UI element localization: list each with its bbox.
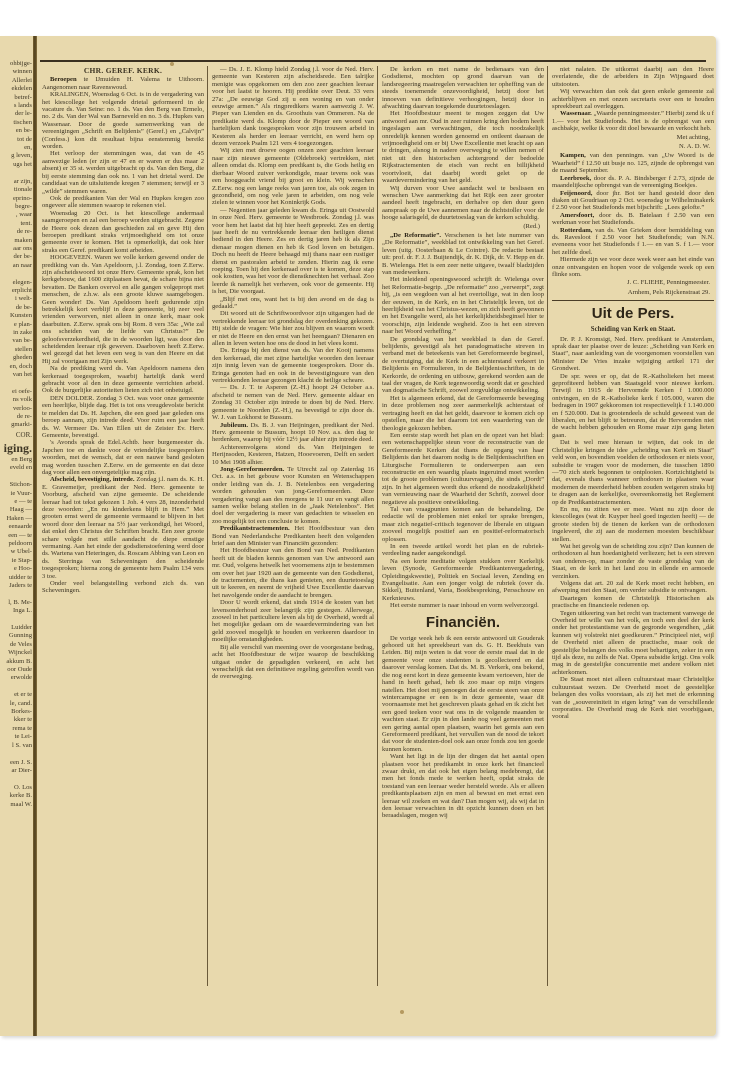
article-paragraph: — Ds. J. T. te Asperen (Z.-H.) hoopt 24 …	[212, 384, 374, 421]
paragraph-text: DEN DOLDER. Zondag 3 Oct. was voor onze …	[42, 395, 204, 439]
left-strip-line: Kunsten	[0, 312, 32, 320]
paper-speck	[170, 62, 174, 66]
signature: N. A. D. W.	[552, 143, 710, 150]
article-paragraph: Leerbroek, door ds. P. A. Bindsberger f …	[552, 175, 714, 190]
left-strip-heading: iging.	[0, 440, 32, 456]
signature: (Red.)	[382, 223, 540, 230]
paragraph-text: Onder veel belangstelling verbond zich d…	[42, 580, 204, 594]
article-paragraph: Jubileum. Ds. B. J. van Heijningen, pred…	[212, 422, 374, 444]
left-strip-line: an naar	[0, 262, 32, 270]
article-paragraph: Beroepen te IJmuiden H. Valema te Uithoo…	[42, 76, 204, 91]
paragraph-text: Tal van vraagpunten komen aan de behande…	[382, 506, 544, 543]
left-strip-text-top: ohbijge-winnenAllerleiekdelenbetref-s la…	[0, 60, 32, 430]
left-strip-line: der le-	[0, 110, 32, 118]
article-paragraph: KRALINGEN, Woensdag 6 Oct. is in de verg…	[42, 91, 204, 150]
paragraph-text: De Staat moet niet alleen cultuurstaat m…	[552, 676, 714, 720]
left-strip-line: en Berg	[0, 456, 32, 464]
left-strip-line: ns volk	[0, 396, 32, 404]
left-strip-line	[0, 379, 32, 387]
article-paragraph: Jong-Gereformeerden. Te Utrecht zal op Z…	[212, 466, 374, 525]
paragraph-lead: Feijenoord,	[560, 190, 592, 197]
article-paragraph: Feijenoord, door jhr. Bot ter hand geste…	[552, 190, 714, 212]
left-strip-line: ugs het	[0, 161, 32, 169]
article-paragraph: De kerken en met name de bedienaars van …	[382, 66, 544, 110]
article-paragraph: Na de prediking werd ds. Van Apeldoorn n…	[42, 365, 204, 395]
paragraph-text: Verschenen is het lste nummer van „De Re…	[382, 232, 544, 276]
column-divider	[547, 66, 548, 986]
article-paragraph: Dat is wel mee hieraan te wijten, dat oo…	[552, 439, 714, 506]
left-strip-line: de Veles	[0, 641, 32, 649]
left-strip-line: g leven,	[0, 152, 32, 160]
article-paragraph: Het is algemeen erkend, dat de Gereforme…	[382, 395, 544, 432]
article-paragraph: Een eerste stap wordt het plan en de opz…	[382, 432, 544, 506]
signature: Met achting,	[552, 134, 710, 141]
paragraph-lead: Jong-Gereformeerden.	[220, 466, 284, 473]
paragraph-text: HOOGEVEEN. Waren we volle kerken gewend …	[42, 254, 204, 365]
left-strip-line	[0, 169, 32, 177]
article-paragraph: Woensdag 20 Oct. is het kiescollege ande…	[42, 210, 204, 254]
paragraph-text: — Negentien jaar geleden kwam ds. Eringa…	[212, 207, 374, 295]
left-strip-line: van het	[0, 371, 32, 379]
column-3: De kerken en met name de bedienaars van …	[382, 66, 544, 1001]
left-strip-line: e — te	[0, 498, 32, 506]
left-strip-line: verloo-	[0, 405, 32, 413]
paragraph-text: Achtereenvolgens stond ds. Van Heijninge…	[212, 444, 374, 466]
article-paragraph: 's Avonds sprak de Edel.Achtb. heer burg…	[42, 439, 204, 476]
left-strip-line	[0, 750, 32, 758]
left-strip-line: kker te	[0, 716, 32, 724]
left-strip-line	[0, 616, 32, 624]
paragraph-text: Hiermede zijn we voor deze week weer aan…	[552, 256, 714, 278]
article-paragraph: Kampen, van den penningm. van „Uw Woord …	[552, 152, 714, 174]
left-strip-line: et er te	[0, 691, 32, 699]
left-strip-line: eveld en	[0, 464, 32, 472]
left-strip-line: Jaders te	[0, 582, 32, 590]
left-strip-line: i welt-	[0, 295, 32, 303]
left-strip-line: oor Oude	[0, 666, 32, 674]
left-strip-line: Inga L.	[0, 607, 32, 615]
left-strip-line: Borkes-	[0, 708, 32, 716]
article-paragraph: En nu, nu zitten we er mee. Want nu zijn…	[552, 506, 714, 543]
article-paragraph: Ds. Eringa bij den dienst van ds. Van de…	[212, 347, 374, 384]
paragraph-lead: Afscheid, bevestiging, intrede.	[50, 476, 135, 483]
article-paragraph: „De Reformatie”. Verschenen is het lste …	[382, 232, 544, 276]
article-paragraph: Het Hoofdbestuur meent te mogen zeggen d…	[382, 110, 544, 184]
paragraph-text: Want het ligt in de lijn der dingen dat …	[382, 753, 544, 819]
article-paragraph: De vorige week heb ik een eerste antwoor…	[382, 635, 544, 754]
article-paragraph: Tal van vraagpunten komen aan de behande…	[382, 506, 544, 543]
paragraph-text: Het is algemeen erkend, dat de Gereforme…	[382, 395, 544, 432]
left-strip-line: ekdelen	[0, 85, 32, 93]
left-strip-line: eprino-	[0, 195, 32, 203]
left-strip-line: Wijnckel	[0, 649, 32, 657]
article-paragraph: De Staat moet niet alleen cultuurstaat m…	[552, 676, 714, 720]
paragraph-text: En nu, nu zitten we er mee. Want nu zijn…	[552, 506, 714, 543]
paragraph-text: KRALINGEN, Woensdag 6 Oct. is in de verg…	[42, 91, 204, 150]
header-rule	[40, 60, 706, 62]
article-paragraph: Dit woord uit de Schriftwoordvoor zijn u…	[212, 310, 374, 347]
article-paragraph: Afscheid, bevestiging, intrede. Zondag j…	[42, 476, 204, 580]
left-strip-line: elegen-	[0, 279, 32, 287]
article-paragraph: De grondslag van het weekblad is dan de …	[382, 336, 544, 395]
left-strip-line: maal W.	[0, 801, 32, 809]
paragraph-text: Volgens dat art. 20 zal de Kerk moet rec…	[552, 580, 714, 594]
column-2: — Ds. J. E. Klomp hield Zondag j.l. voor…	[212, 66, 374, 1001]
left-strip-text-bottom: en Bergeveld en Stichon-ie Vuur-e — teHa…	[0, 456, 32, 809]
paragraph-text: Te Utrecht zal op Zaterdag 16 Oct. a.s. …	[212, 466, 374, 525]
article-paragraph: Ook de predikanten Van der Wal en Hupkes…	[42, 195, 204, 210]
article-paragraph: Wij durven voor Uwe aandacht wel te besl…	[382, 185, 544, 222]
left-strip-line: in zake	[0, 329, 32, 337]
left-strip-line: Haken —	[0, 515, 32, 523]
paper-speck	[400, 1010, 404, 1014]
left-strip-line: ie Stap-	[0, 557, 32, 565]
column-1: CHR. GEREF. KERK.Beroepen te IJmuiden H.…	[42, 66, 204, 1001]
article-paragraph: Volgens dat art. 20 zal de Kerk moet rec…	[552, 580, 714, 595]
article-paragraph: DEN DOLDER. Zondag 3 Oct. was voor onze …	[42, 395, 204, 439]
left-strip-line: l S. van	[0, 742, 32, 750]
column-4: niet nalaten. De uitkomst daarbij aan de…	[552, 66, 714, 1001]
column-divider	[377, 66, 378, 986]
left-strip-line: tischen	[0, 119, 32, 127]
paragraph-text: In een tweede artikel wordt het plan en …	[382, 543, 544, 557]
article-paragraph: Het verloop der stemmingen was, dat van …	[42, 150, 204, 194]
paragraph-lead: Amersfoort,	[560, 212, 594, 219]
section-title: Financiën.	[382, 614, 544, 632]
paragraph-lead: Beroepen	[50, 76, 77, 83]
left-strip-line: w Ubel-	[0, 548, 32, 556]
left-strip-line: rema te	[0, 725, 32, 733]
paragraph-text: Ook de predikanten Van der Wal en Hupkes…	[42, 195, 204, 209]
left-strip-line: een — te	[0, 532, 32, 540]
left-strip-line: , waar	[0, 211, 32, 219]
section-title: Uit de Pers.	[552, 305, 714, 323]
left-strip-line: ohbijge-	[0, 60, 32, 68]
left-strip-line: begre-	[0, 203, 32, 211]
left-strip-line: ei oefe-	[0, 388, 32, 396]
article-paragraph: Het Hoofdbestuur van den Bond van Ned. P…	[212, 547, 374, 599]
left-strip-line	[0, 683, 32, 691]
article-paragraph: De spr. wees er op, dat de R.-Katholieke…	[552, 373, 714, 440]
left-strip-line: Allerlei	[0, 77, 32, 85]
article-paragraph: Rotterdam, van ds. Van Grieken door bemi…	[552, 227, 714, 257]
left-strip-line: der be-	[0, 253, 32, 261]
section-divider	[552, 300, 714, 301]
left-strip-line: de be-	[0, 304, 32, 312]
paragraph-text: Dit woord uit de Schriftwoordvoor zijn u…	[212, 310, 374, 347]
paragraph-text: Het eerste nummer is naar inhoud en vorm…	[390, 602, 539, 609]
column-divider	[207, 66, 208, 986]
paragraph-lead: Kampen,	[560, 152, 586, 159]
paragraph-text: — Ds. J. T. te Asperen (Z.-H.) hoopt 24 …	[212, 384, 374, 421]
paragraph-text: Wij zien met droeve oogen onzen zeer gea…	[212, 147, 374, 206]
paragraph-text: Bij alle verschil van meening over de vo…	[212, 644, 374, 681]
left-strip-line: winnen	[0, 68, 32, 76]
left-strip-line: betref-	[0, 94, 32, 102]
left-strip-line: maken	[0, 237, 32, 245]
paragraph-text: Ds. Eringa bij den dienst van ds. Van de…	[212, 347, 374, 384]
left-strip-line: ie Vuur-	[0, 490, 32, 498]
left-strip-line: ar zijn,	[0, 178, 32, 186]
paragraph-text: Tegen uitkeering van het recht van tract…	[552, 610, 714, 676]
paragraph-lead: Jubileum.	[220, 422, 248, 429]
left-strip-line	[0, 590, 32, 598]
article-paragraph: Daartegen komen de Christelijk Historisc…	[552, 595, 714, 610]
article-paragraph: Want het ligt in de lijn der dingen dat …	[382, 753, 544, 820]
article-paragraph: Amersfoort, door ds. B. Batelaan f 2.50 …	[552, 212, 714, 227]
paragraph-lead: Leerbroek,	[560, 175, 591, 182]
left-strip-line: gmarki-	[0, 421, 32, 429]
paragraph-text: 's Avonds sprak de Edel.Achtb. heer burg…	[42, 439, 204, 476]
article-paragraph: Onder veel belangstelling verbond zich d…	[42, 580, 204, 595]
paragraph-lead: Predikantstractementen.	[220, 525, 290, 532]
left-page-strip: ohbijge-winnenAllerleiekdelenbetref-s la…	[0, 60, 32, 1000]
paragraph-text: Woensdag 20 Oct. is het kiescollege ande…	[42, 210, 204, 254]
article-paragraph: Predikantstractementen. Het Hoofdbestuur…	[212, 525, 374, 547]
paragraph-text: De kerken en met name de bedienaars van …	[382, 66, 544, 110]
left-strip-line: e Hoo-	[0, 565, 32, 573]
left-strip-line: ar Dier-	[0, 767, 32, 775]
article-paragraph: Dr. P. J. Kromsigt, Ned. Herv. predikant…	[552, 336, 714, 373]
article-paragraph: niet nalaten. De uitkomst daarbij aan de…	[552, 66, 714, 88]
left-strip-line: s lands	[0, 102, 32, 110]
left-strip-line: uidder te	[0, 574, 32, 582]
left-strip-line: de re-	[0, 228, 32, 236]
left-strip-line: Stichon-	[0, 481, 32, 489]
article-paragraph: Het eerste nummer is naar inhoud en vorm…	[382, 602, 544, 609]
article-paragraph: Wat het gevolg van de scheiding zou zijn…	[552, 543, 714, 580]
signature: J. C. FLIEHE, Penningmeester.	[552, 279, 710, 286]
article-paragraph: Het inleidend openingswoord schrijft dr.…	[382, 276, 544, 335]
left-strip-line: en,	[0, 144, 32, 152]
left-strip-line: gheden	[0, 354, 32, 362]
left-strip-line: erplicht	[0, 287, 32, 295]
left-strip-line	[0, 270, 32, 278]
paragraph-text: Daartegen komen de Christelijk Historisc…	[552, 595, 714, 609]
left-strip-line: en, doch	[0, 363, 32, 371]
left-strip-line: Haag —	[0, 506, 32, 514]
left-strip-line: Gunning	[0, 632, 32, 640]
article-paragraph: Wij zien met droeve oogen onzen zeer gea…	[212, 147, 374, 206]
section-subtitle: Scheiding van Kerk en Staat.	[552, 326, 714, 333]
paragraph-text: Wij durven voor Uwe aandacht wel te besl…	[382, 185, 544, 222]
paragraph-text: Het Hoofdbestuur van den Bond van Ned. P…	[212, 547, 374, 598]
left-strip-line: akkum B.	[0, 658, 32, 666]
article-paragraph: HOOGEVEEN. Waren we volle kerken gewend …	[42, 254, 204, 365]
left-strip-line: te Lei-	[0, 733, 32, 741]
left-strip-line: peldoorn	[0, 540, 32, 548]
left-strip-line: van be-	[0, 337, 32, 345]
paragraph-text: — Ds. J. E. Klomp hield Zondag j.l. voor…	[212, 66, 374, 147]
left-strip-line: eenaarde	[0, 523, 32, 531]
paragraph-lead: Rotterdam,	[560, 227, 592, 234]
left-strip-line: l, B. Me-	[0, 599, 32, 607]
paragraph-text: niet nalaten. De uitkomst daarbij aan de…	[552, 66, 714, 88]
paragraph-lead: „De Reformatie”.	[390, 232, 441, 239]
article-paragraph: Wassenaar. „Waarde penningmeester.” Hier…	[552, 110, 714, 132]
paragraph-text: Het verloop der stemmingen was, dat van …	[42, 150, 204, 194]
left-strip-line: tot de	[0, 136, 32, 144]
signature: Arnhem, Pels Rijckenstraat 29.	[552, 289, 710, 296]
article-paragraph: Wij verwachten dan ook dat geen enkele g…	[552, 88, 714, 110]
paragraph-text: Zondag j.l. nam ds. K. H. E. Gravemeijer…	[42, 476, 204, 579]
paragraph-lead: Wassenaar.	[560, 110, 592, 117]
article-paragraph: Na een korte meditatie volgen stukken ov…	[382, 558, 544, 602]
article-paragraph: „Blijf met ons, want het is bij den avon…	[212, 296, 374, 311]
article-paragraph: Bij alle verschil van meening over de vo…	[212, 644, 374, 681]
article-paragraph: Hiermede zijn we voor deze week weer aan…	[552, 256, 714, 278]
left-strip-line: e plan-	[0, 321, 32, 329]
left-strip-line	[0, 775, 32, 783]
paragraph-text: Na een korte meditatie volgen stukken ov…	[382, 558, 544, 602]
left-strip-line: stellen	[0, 346, 32, 354]
paragraph-text: Het Hoofdbestuur meent te mogen zeggen d…	[382, 110, 544, 184]
article-paragraph: Tegen uitkeering van het recht van tract…	[552, 610, 714, 677]
left-strip-heading-cor: COR.	[0, 430, 32, 440]
paragraph-text: Dat is wel mee hieraan te wijten, dat oo…	[552, 439, 714, 505]
left-strip-line: O. Los	[0, 784, 32, 792]
article-paragraph: In een tweede artikel wordt het plan en …	[382, 543, 544, 558]
left-strip-line: de re-	[0, 413, 32, 421]
left-strip-line: kerke B.	[0, 792, 32, 800]
paragraph-text: De grondslag van het weekblad is dan de …	[382, 336, 544, 395]
paragraph-text: De vorige week heb ik een eerste antwoor…	[382, 635, 544, 753]
paragraph-text: Na de prediking werd ds. Van Apeldoorn n…	[42, 365, 204, 394]
paragraph-text: Het inleidend openingswoord schrijft dr.…	[382, 276, 544, 335]
article-paragraph: — Ds. J. E. Klomp hield Zondag j.l. voor…	[212, 66, 374, 147]
left-strip-line: tionale	[0, 186, 32, 194]
left-strip-line: le, cand.	[0, 700, 32, 708]
section-heading: CHR. GEREF. KERK.	[42, 67, 204, 74]
left-strip-line: aar ons	[0, 245, 32, 253]
left-strip-line: een J. S.	[0, 759, 32, 767]
left-strip-line: Luidder	[0, 624, 32, 632]
article-paragraph: Achtereenvolgens stond ds. Van Heijninge…	[212, 444, 374, 466]
paragraph-text: De spr. wees er op, dat de R.-Katholieke…	[552, 373, 714, 439]
article-paragraph: — Negentien jaar geleden kwam ds. Eringa…	[212, 207, 374, 296]
paragraph-text: Een eerste stap wordt het plan en de opz…	[382, 432, 544, 506]
page-fold	[33, 36, 37, 1036]
article-paragraph: Door U wordt erkend, dat sinds 1914 de k…	[212, 599, 374, 643]
paragraph-text: „Blijf met ons, want het is bij den avon…	[212, 296, 374, 310]
left-strip-line: erwolde	[0, 674, 32, 682]
left-strip-line: tent.	[0, 220, 32, 228]
left-strip-line: en be-	[0, 127, 32, 135]
paragraph-text: Dr. P. J. Kromsigt, Ned. Herv. predikant…	[552, 336, 714, 373]
paragraph-text: Door U wordt erkend, dat sinds 1914 de k…	[212, 599, 374, 643]
paragraph-text: Wat het gevolg van de scheiding zou zijn…	[552, 543, 714, 580]
left-strip-line	[0, 473, 32, 481]
paragraph-text: Wij verwachten dan ook dat geen enkele g…	[552, 88, 714, 110]
